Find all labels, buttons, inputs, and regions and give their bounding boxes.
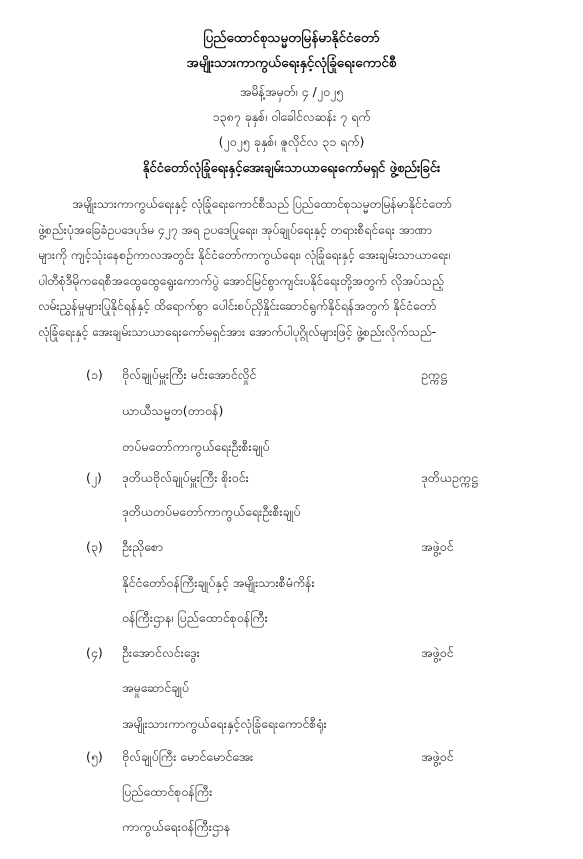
myanmar-date: ၁၃၈၇ ခုနှစ်၊ ဝါခေါင်လဆန်း ၇ ရက် <box>0 109 583 128</box>
member-title: အမှုဆောင်ချုပ် <box>122 680 189 699</box>
member-title: ကာကွယ်ရေးဝန်ကြီးဌာန <box>122 819 230 838</box>
member-number: (၁) <box>86 367 103 386</box>
document-title: နိုင်ငံတော်လုံခြုံရေးနှင့်အေးချမ်းသာယာရေ… <box>0 160 583 179</box>
member-number: (၅) <box>86 749 103 768</box>
member-name: ဦးညိုစော <box>122 539 163 558</box>
paragraph-line: အမျိုးသားကာကွယ်ရေးနှင့် လုံခြုံရေးကောင်စ… <box>38 192 548 218</box>
member-title: အမျိုးသားကာကွယ်ရေးနှင့်လုံခြုံရေးကောင်စီ… <box>122 716 327 735</box>
member-role: အဖွဲ့ဝင် <box>421 539 454 558</box>
header-line-1: ပြည်ထောင်စုသမ္မတမြန်မာနိုင်ငံတော် <box>0 29 583 49</box>
member-title: ဒုတိယတပ်မတော်ကာကွယ်ရေးဦးစီးချုပ် <box>122 504 300 523</box>
body-paragraph: အမျိုးသားကာကွယ်ရေးနှင့် လုံခြုံရေးကောင်စ… <box>38 192 548 345</box>
member-name: ဒုတိယဗိုလ်ချုပ်မှူးကြီး စိုးဝင်း <box>122 470 249 489</box>
paragraph-line: ဖွဲ့စည်းပုံအခြေခံဥပဒေပုဒ်မ ၄၂၇ အရ ဥပဒေပြ… <box>38 218 548 244</box>
member-title: ပြည်ထောင်စုဝန်ကြီး <box>122 784 212 803</box>
member-role: အဖွဲ့ဝင် <box>421 645 454 664</box>
member-name: ဦးအောင်လင်းဒွေး <box>122 645 200 664</box>
member-role: ဒုတိယဥက္ကဋ္ဌ <box>421 470 478 489</box>
paragraph-line: လုံခြုံရေးနှင့် အေးချမ်းသာယာရေးကော်မရှင်… <box>38 320 548 346</box>
member-title: ဝန်ကြီးဌာန၊ ပြည်ထောင်စုဝန်ကြီး <box>122 610 268 629</box>
member-number: (၄) <box>86 645 103 664</box>
document-page: ပြည်ထောင်စုသမ္မတမြန်မာနိုင်ငံတော် အမျိုး… <box>0 0 583 859</box>
paragraph-line: ပါတီစုံဒီမိုကရေစီအထွေထွေရွေးကောက်ပွဲ အော… <box>38 269 548 295</box>
member-role: ဥက္ကဋ္ဌ <box>421 367 447 386</box>
paragraph-line: များကို ကျင့်သုံးနေစဉ်ကာလအတွင်း နိုင်ငံတ… <box>38 243 548 269</box>
member-title: နိုင်ငံတော်ဝန်ကြီးချုပ်နှင့် အမျိုးသားစီ… <box>122 575 315 594</box>
member-title: ယာယီသမ္မတ(တာဝန်) <box>122 403 223 422</box>
paragraph-line: လမ်းညွှန်မှုများပြုနိုင်ရန်နှင့် ထိရောက်… <box>38 294 548 320</box>
member-number: (၃) <box>86 539 103 558</box>
gregorian-date: (၂၀၂၅ ခုနှစ်၊ ဇူလိုင်လ ၃၁ ရက်) <box>0 134 583 153</box>
notification-number: အမိန့်အမှတ်၊ ၄ /၂၀၂၅ <box>0 84 583 103</box>
member-title: တပ်မတော်ကာကွယ်ရေးဦးစီးချုပ် <box>122 439 270 458</box>
member-name: ဗိုလ်ချုပ်မှူးကြီး မင်းအောင်လှိုင် <box>122 367 256 386</box>
member-name: ဗိုလ်ချုပ်ကြီး မောင်မောင်အေး <box>122 749 253 768</box>
member-number: (၂) <box>86 470 102 489</box>
header-line-2: အမျိုးသားကာကွယ်ရေးနှင့်လုံခြုံရေးကောင်စီ <box>0 54 583 74</box>
member-role: အဖွဲ့ဝင် <box>421 749 454 768</box>
